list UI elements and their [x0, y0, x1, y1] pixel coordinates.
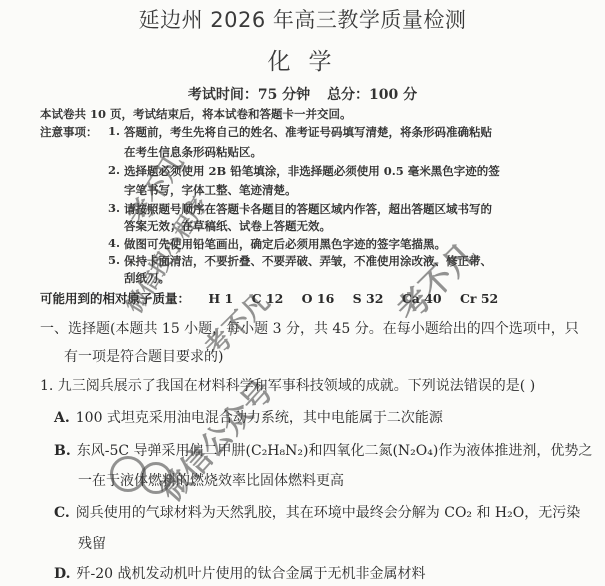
element-c: C 12	[252, 291, 284, 306]
notice-item-4-line1: 做图可先使用铅笔画出，确定后必须用黑色字迹的签字笔描黑。	[124, 236, 446, 252]
option-b-text-line1: 东风-5C 导弹采用偏二甲肼(C₂H₈N₂)和四氧化二氮(N₂O₄)作为液体推进…	[77, 443, 593, 459]
notice-item-4-num: 4.	[108, 236, 120, 250]
option-b: B.东风-5C 导弹采用偏二甲肼(C₂H₈N₂)和四氧化二氮(N₂O₄)作为液体…	[54, 440, 592, 460]
notice-item-2-num: 2.	[108, 163, 120, 177]
notice-item-3-line1: 请按照题号顺序在答题卡各题目的答题区域内作答，超出答题区域书写的	[124, 201, 492, 217]
atomic-masses: 可能用到的相对原子质量： H 1 C 12 O 16 S 32 Ca 40 Cr…	[40, 289, 498, 307]
option-a-text: 100 式坦克采用油电混合动力系统，其中电能属于二次能源	[76, 410, 443, 426]
notice-item-1-line1: 答题前，考生先将自己的姓名、准考证号码填写清楚，将条形码准确粘贴	[124, 124, 492, 140]
notice-item-2-line2: 字笔书写，字体工整、笔迹清楚。	[124, 182, 297, 198]
notice-label: 注意事项：	[40, 124, 98, 140]
notice-item-5-line2: 刮纸刀。	[124, 270, 170, 286]
subject-title: 化学	[0, 43, 605, 76]
option-d-text: 歼-20 战机发动机叶片使用的钛合金属于无机非金属材料	[77, 566, 426, 582]
option-c-text-line2: 残留	[78, 533, 106, 553]
exam-time: 考试时间：75 分钟	[188, 87, 310, 103]
exam-title: 延边州 2026 年高三教学质量检测	[0, 4, 605, 34]
question-1-stem: 1. 九三阅兵展示了我国在材料科学和军事科技领域的成就。下列说法错误的是( )	[40, 375, 535, 395]
option-a-letter: A.	[54, 410, 70, 426]
option-a: A.100 式坦克采用油电混合动力系统，其中电能属于二次能源	[54, 407, 443, 427]
notice-item-3-num: 3.	[108, 201, 120, 215]
option-d-letter: D.	[54, 566, 71, 582]
option-c: C.阅兵使用的气球材料为天然乳胶，其在环境中最终会分解为 CO₂ 和 H₂O，无…	[54, 502, 580, 522]
option-d: D.歼-20 战机发动机叶片使用的钛合金属于无机非金属材料	[54, 563, 426, 583]
exam-page: 延边州 2026 年高三教学质量检测 化学 考试时间：75 分钟 总分：100 …	[0, 0, 605, 586]
element-o: O 16	[302, 291, 335, 306]
notice-item-5-line1: 保持卡面清洁，不要折叠、不要弄破、弄皱，不准使用涂改液、修正带、	[124, 253, 492, 269]
atomic-masses-label: 可能用到的相对原子质量：	[40, 291, 190, 306]
notice-item-2-line1: 选择题必须使用 2B 铅笔填涂，非选择题必须使用 0.5 毫米黑色字迹的签	[124, 163, 500, 179]
option-c-text-line1: 阅兵使用的气球材料为天然乳胶，其在环境中最终会分解为 CO₂ 和 H₂O，无污染	[76, 505, 580, 521]
notice-item-3-line2: 答案无效；在草稿纸、试卷上答题无效。	[124, 218, 331, 234]
section-one-heading-line1: 一、选择题(本题共 15 小题，每小题 3 分，共 45 分。在每小题给出的四个…	[40, 318, 579, 338]
element-ca: Ca 40	[402, 291, 442, 306]
element-h: H 1	[208, 291, 233, 306]
element-cr: Cr 52	[460, 291, 498, 306]
notice-item-1-num: 1.	[108, 124, 120, 138]
exam-info: 考试时间：75 分钟 总分：100 分	[0, 84, 605, 104]
notice-item-5-num: 5.	[108, 253, 120, 267]
element-s: S 32	[353, 291, 384, 306]
total-score: 总分：100 分	[327, 87, 417, 103]
intro-text: 本试卷共 10 页，考试结束后，将本试卷和答题卡一并交回。	[40, 106, 352, 122]
notice-item-1-line2: 在考生信息条形码粘贴区。	[124, 144, 262, 160]
option-c-letter: C.	[54, 505, 70, 521]
section-one-heading-line2: 有一项是符合题目要求的)	[64, 346, 223, 366]
option-b-letter: B.	[54, 443, 71, 459]
option-b-text-line2: 一在于液体燃料的燃烧效率比固体燃料更高	[78, 470, 344, 490]
